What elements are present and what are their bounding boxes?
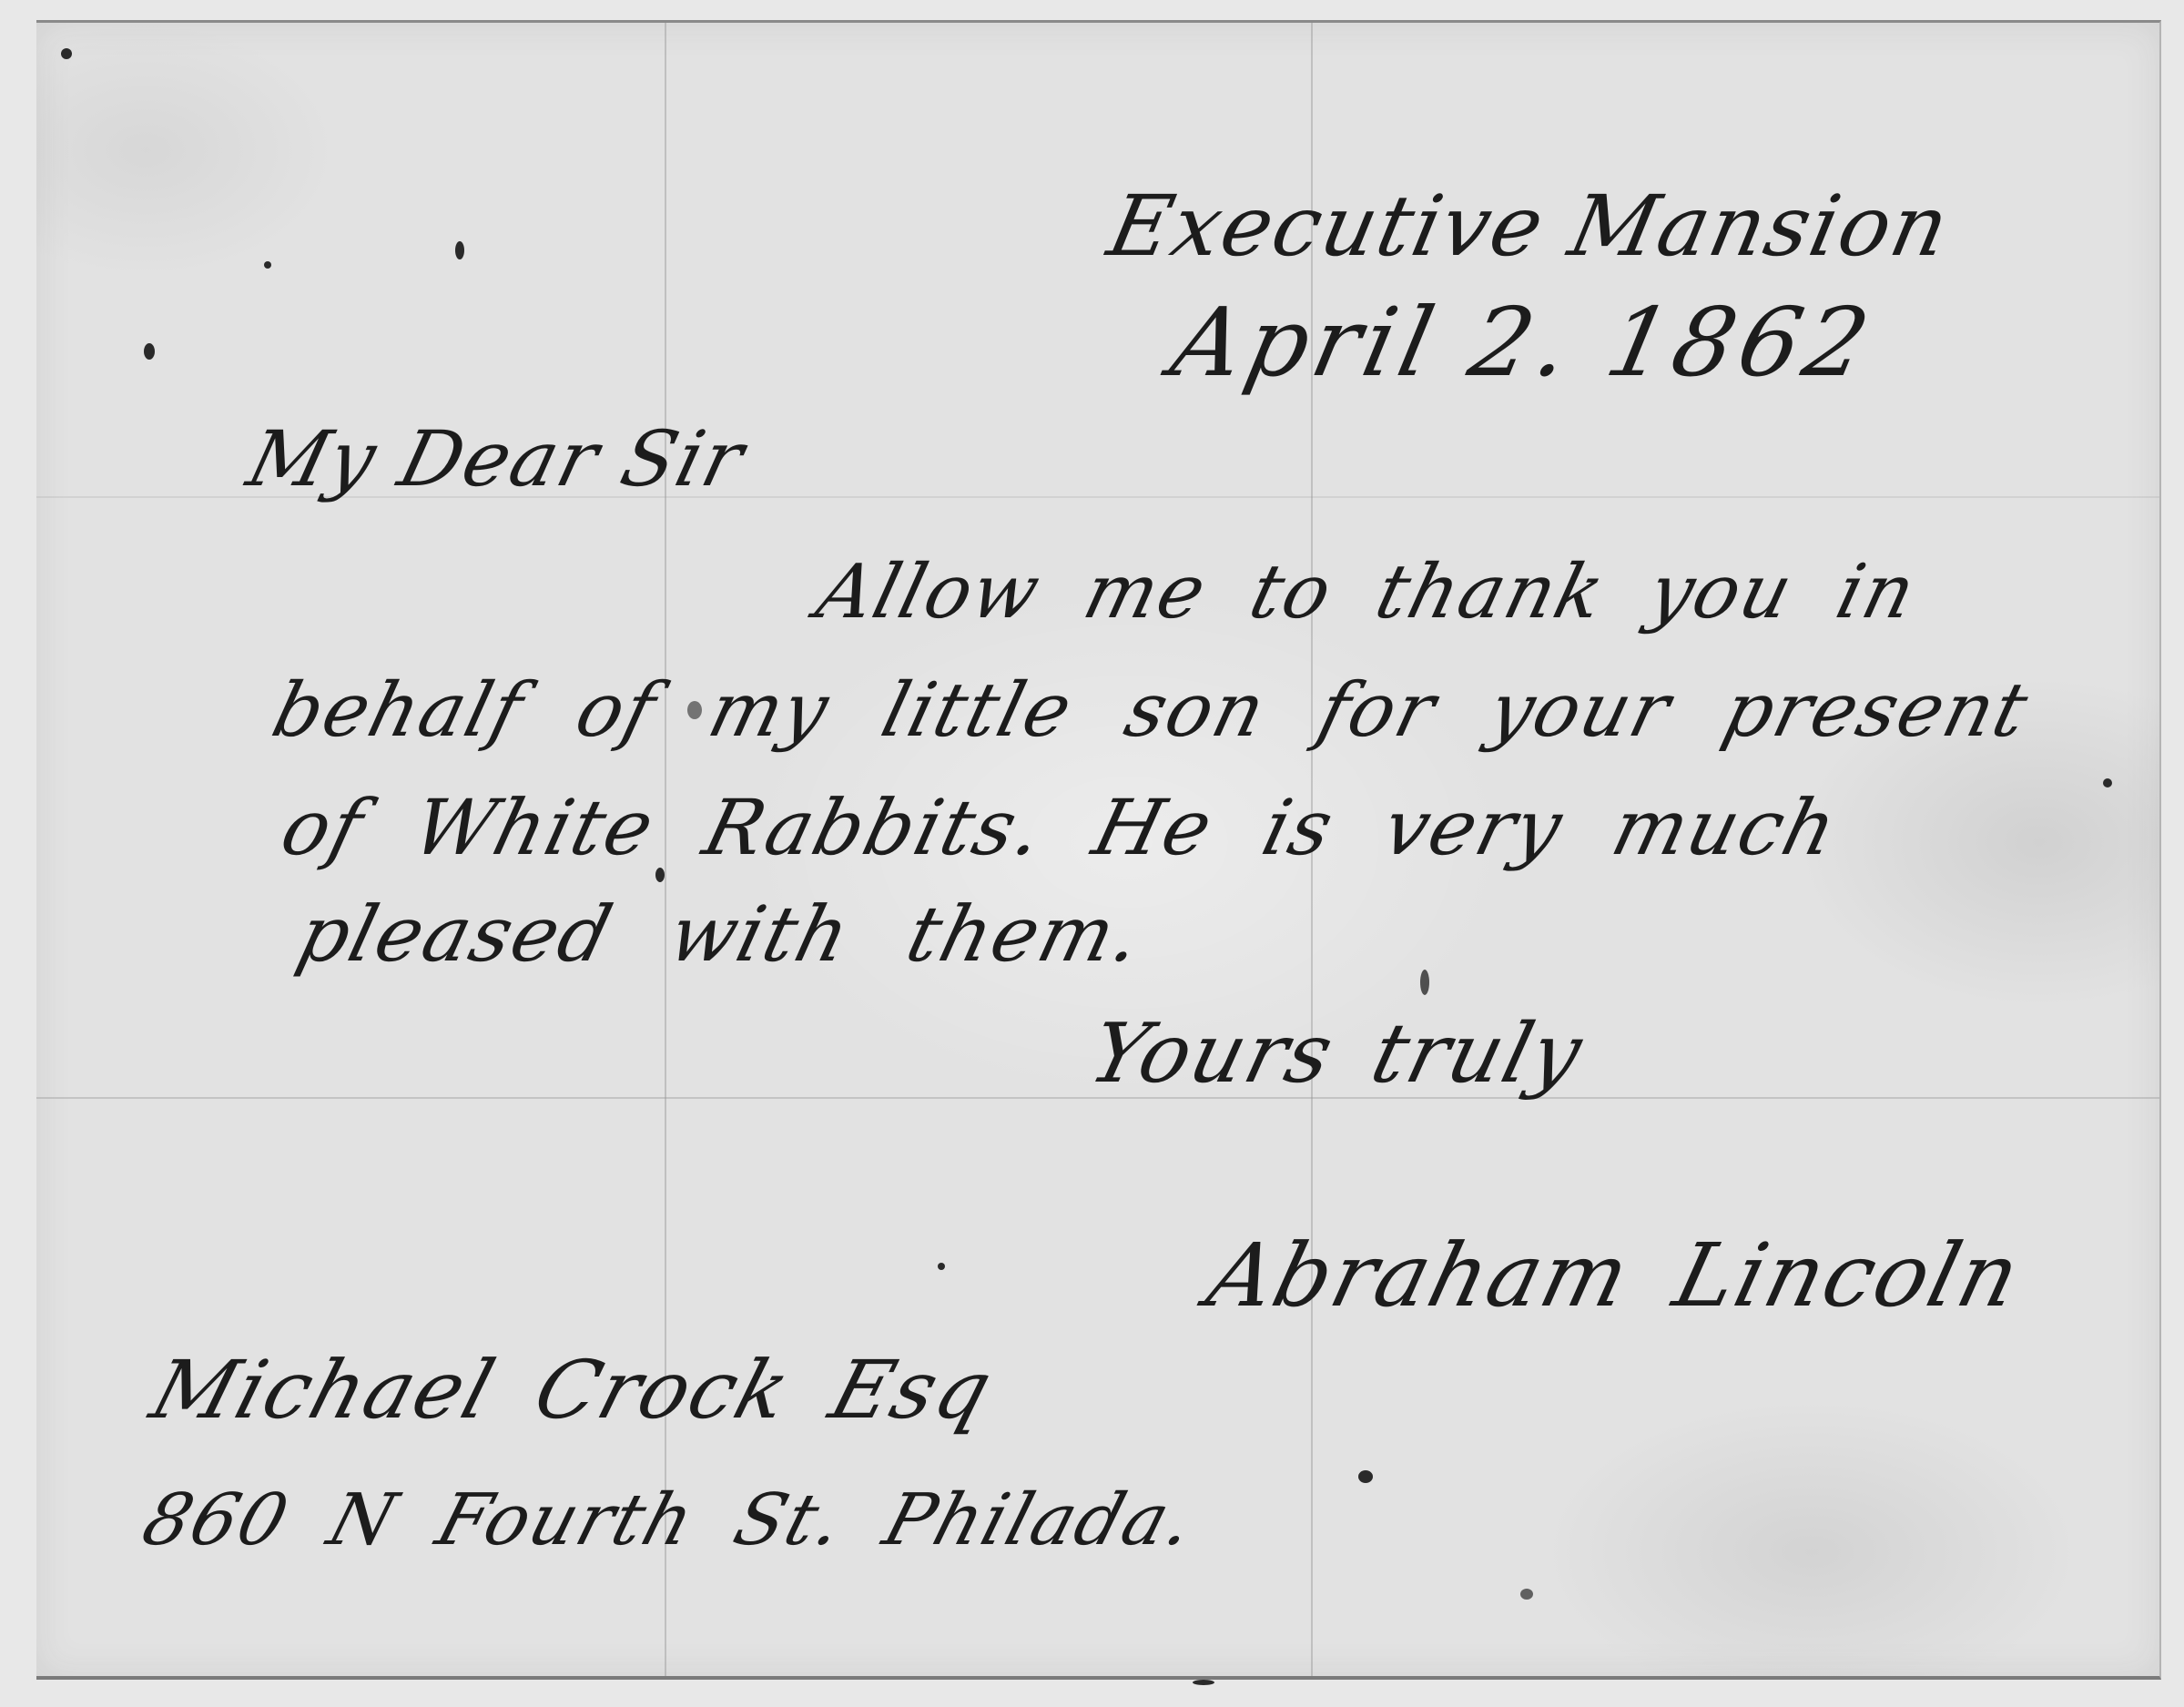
letter-date: April 2. 1862 bbox=[1163, 287, 1884, 398]
ink-speck bbox=[264, 261, 271, 269]
letter-paper-sheet: Executive Mansion April 2. 1862 My Dear … bbox=[36, 20, 2161, 1680]
ink-speck bbox=[2103, 778, 2112, 787]
recipient-address: 860 N Fourth St. Philada. bbox=[134, 1479, 1204, 1561]
letter-body-line: pleased with them. bbox=[290, 889, 1152, 979]
ink-speck bbox=[144, 343, 155, 360]
letter-heading-place: Executive Mansion bbox=[1101, 178, 1959, 275]
ink-speck bbox=[1193, 1680, 1214, 1685]
ink-speck bbox=[1420, 970, 1429, 995]
scanned-letter-image: Executive Mansion April 2. 1862 My Dear … bbox=[0, 0, 2184, 1707]
ink-speck bbox=[61, 48, 72, 59]
letter-salutation: My Dear Sir bbox=[239, 414, 754, 503]
letter-body-line: Allow me to thank you in bbox=[808, 549, 1925, 635]
letter-body-line: of White Rabbits. He is very much bbox=[273, 783, 1847, 872]
ink-speck bbox=[938, 1263, 945, 1270]
letter-body-line: behalf of my little son for your present bbox=[264, 667, 2037, 754]
ink-speck bbox=[1358, 1470, 1373, 1483]
letter-closing: Yours truly bbox=[1081, 1006, 1593, 1102]
ink-speck bbox=[1520, 1589, 1533, 1600]
ink-speck bbox=[455, 241, 464, 259]
recipient-name: Michael Crock Esq bbox=[141, 1343, 1003, 1437]
letter-signature: Abraham Lincoln bbox=[1198, 1224, 2031, 1326]
